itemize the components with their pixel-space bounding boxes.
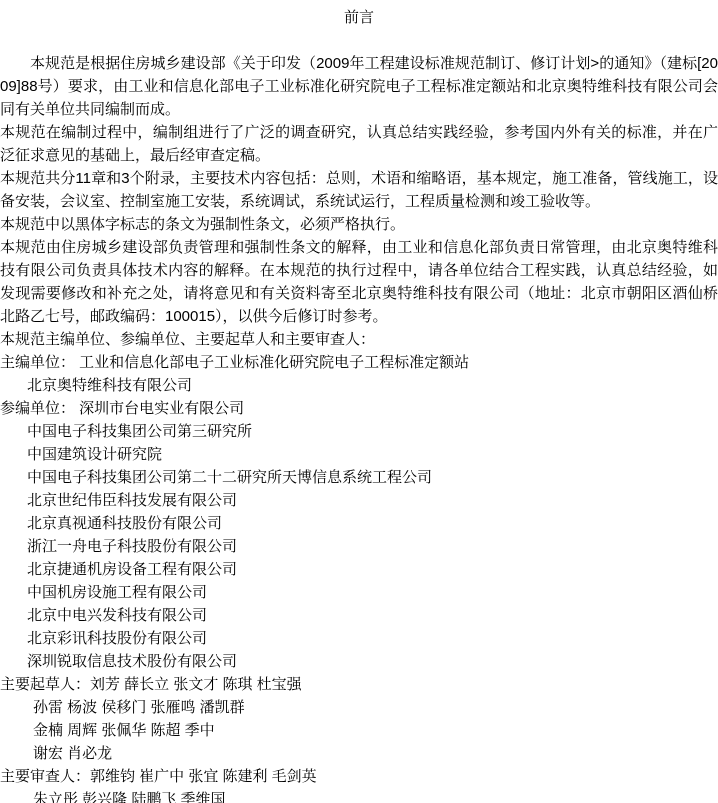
credit-participating-unit: 参编单位： 深圳市台电实业有限公司 [0, 397, 718, 420]
credit-participating-unit-5: 北京世纪伟臣科技发展有限公司 [0, 489, 718, 512]
credit-participating-unit-10: 北京中电兴发科技有限公司 [0, 604, 718, 627]
credit-main-reviewers-2: 朱立彤 彭兴隆 陆鹏飞 季维国 [0, 788, 718, 803]
credit-participating-unit-12: 深圳锐取信息技术股份有限公司 [0, 650, 718, 673]
paragraph-contents: 本规范共分11章和3个附录，主要技术内容包括：总则，术语和缩略语，基本规定，施工… [0, 167, 718, 213]
credit-participating-unit-3: 中国建筑设计研究院 [0, 443, 718, 466]
credit-participating-unit-9: 中国机房设施工程有限公司 [0, 581, 718, 604]
credit-participating-unit-7: 浙江一舟电子科技股份有限公司 [0, 535, 718, 558]
credit-participating-unit-6: 北京真视通科技股份有限公司 [0, 512, 718, 535]
paragraph-credits-intro: 本规范主编单位、参编单位、主要起草人和主要审查人： [0, 328, 718, 351]
credit-participating-unit-4: 中国电子科技集团公司第二十二研究所天博信息系统工程公司 [0, 466, 718, 489]
paragraph-drafting: 本规范在编制过程中，编制组进行了广泛的调查研究，认真总结实践经验，参考国内外有关… [0, 121, 718, 167]
credit-participating-unit-8: 北京捷通机房设备工程有限公司 [0, 558, 718, 581]
credit-chief-editor-unit: 主编单位： 工业和信息化部电子工业标准化研究院电子工程标准定额站 [0, 351, 718, 374]
document-page: 前言 本规范是根据住房城乡建设部《关于印发（2009年工程建设标准规范制订、修订… [0, 0, 718, 803]
paragraph-basis: 本规范是根据住房城乡建设部《关于印发（2009年工程建设标准规范制订、修订计划>… [0, 52, 718, 121]
credit-main-drafters-4: 谢宏 肖必龙 [0, 742, 718, 765]
credit-main-drafters: 主要起草人：刘芳 薛长立 张文才 陈琪 杜宝强 [0, 673, 718, 696]
paragraph-mandatory: 本规范中以黑体字标志的条文为强制性条文，必须严格执行。 [0, 213, 718, 236]
page-title: 前言 [0, 6, 718, 29]
credit-participating-unit-11: 北京彩讯科技股份有限公司 [0, 627, 718, 650]
credit-chief-editor-unit-2: 北京奥特维科技有限公司 [0, 374, 718, 397]
paragraph-management: 本规范由住房城乡建设部负责管理和强制性条文的解释，由工业和信息化部负责日常管理，… [0, 236, 718, 328]
credit-main-drafters-3: 金楠 周辉 张佩华 陈超 季中 [0, 719, 718, 742]
credit-participating-unit-2: 中国电子科技集团公司第三研究所 [0, 420, 718, 443]
credit-main-reviewers: 主要审查人：郭维钧 崔广中 张宜 陈建利 毛剑英 [0, 765, 718, 788]
credit-main-drafters-2: 孙雷 杨波 侯移门 张雁鸣 潘凯群 [0, 696, 718, 719]
